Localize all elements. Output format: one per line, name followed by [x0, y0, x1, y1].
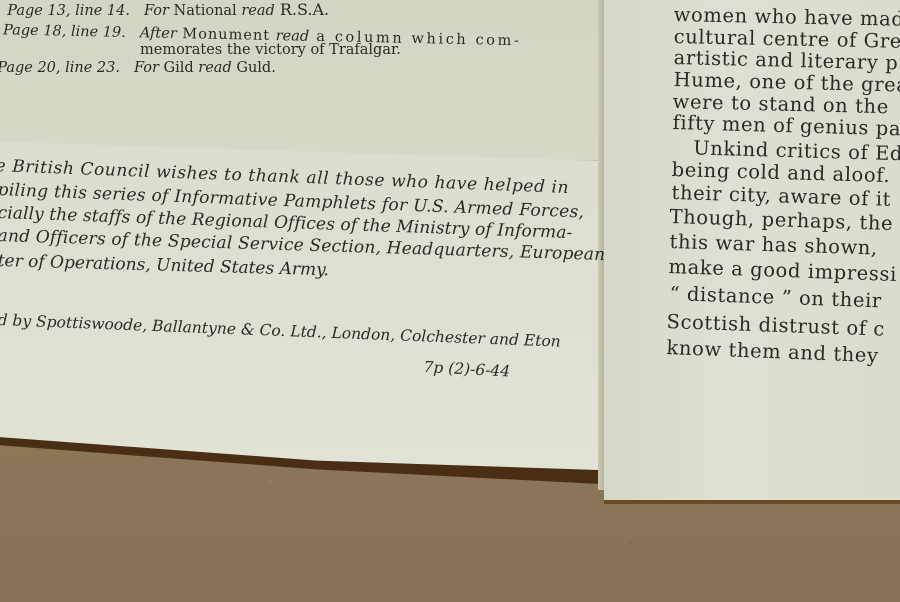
- errata-word: National: [169, 3, 241, 19]
- errata-line: memorates the victory of Trafalgar.: [140, 42, 401, 58]
- errata-verb: After: [140, 25, 177, 42]
- errata-line: Page 13, line 14.For National read R.S.A…: [0, 0, 329, 19]
- errata-ref: Page 20, line 23.: [0, 60, 120, 76]
- errata-verb: For: [134, 60, 159, 76]
- errata-word: Gild: [159, 60, 198, 76]
- errata-ref: Page 13, line 14.: [0, 3, 130, 19]
- errata-line: Page 20, line 23.For Gild read Guld.: [0, 60, 276, 76]
- errata-correction: R.S.A.: [275, 0, 329, 19]
- errata-read: read: [241, 3, 274, 19]
- errata-read: read: [198, 60, 231, 76]
- errata-continuation: memorates the victory of Trafalgar.: [140, 42, 401, 58]
- errata-correction: Guld.: [232, 60, 276, 76]
- errata-verb: For: [144, 3, 169, 19]
- errata-ref: Page 18, line 19.: [0, 22, 126, 41]
